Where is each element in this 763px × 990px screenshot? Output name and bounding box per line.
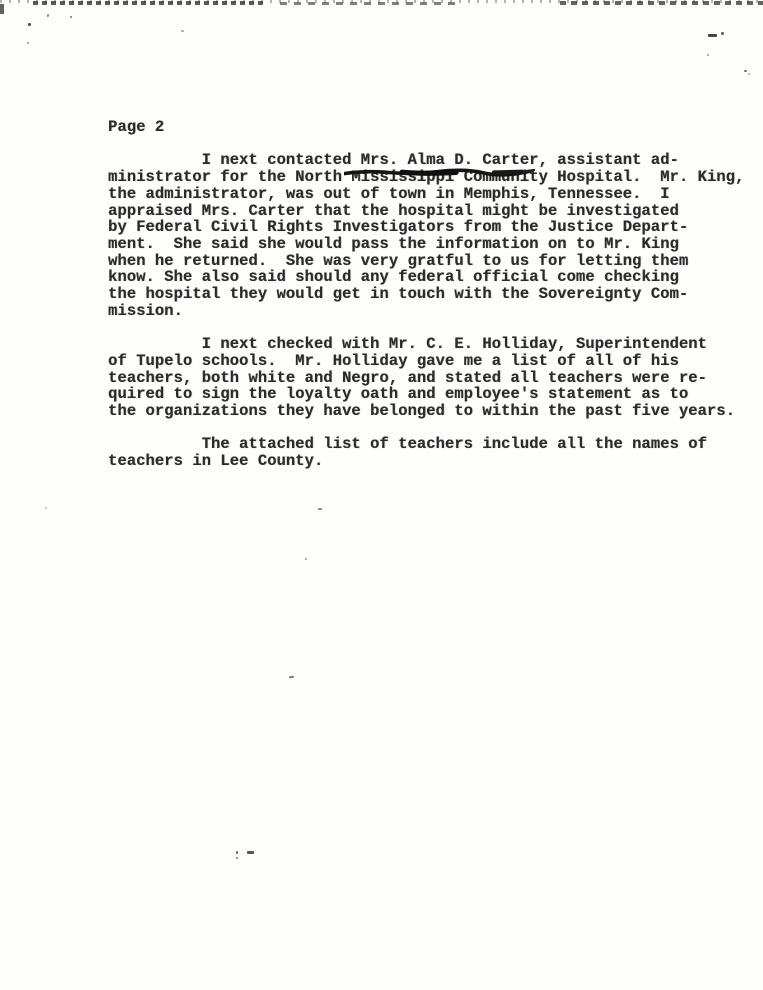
paragraph-3: The attached list of teachers include al…	[108, 436, 744, 469]
scan-speck	[305, 558, 307, 560]
scan-speck	[47, 14, 50, 18]
scan-edge-artifact	[0, 4, 4, 14]
scan-speck	[708, 34, 717, 37]
scan-speck	[289, 676, 294, 679]
paragraph-2: I next checked with Mr. C. E. Holliday, …	[108, 336, 744, 420]
scan-speck	[748, 73, 750, 75]
scan-edge-artifact	[560, 1, 763, 5]
scan-speck	[27, 42, 29, 44]
page-number-label: Page 2	[108, 119, 744, 136]
scan-edge-artifact	[280, 2, 460, 5]
scan-speck	[707, 54, 709, 56]
scan-speck	[721, 32, 724, 35]
scan-speck	[70, 16, 72, 18]
scan-speck	[28, 23, 31, 26]
scanned-document-page: Page 2 I next contacted Mrs. Alma D. Car…	[0, 0, 763, 990]
scan-speck	[744, 70, 747, 72]
scan-speck	[318, 508, 322, 510]
scan-speck	[247, 851, 254, 854]
scan-edge-artifact	[33, 1, 263, 5]
typed-text-block: Page 2 I next contacted Mrs. Alma D. Car…	[108, 119, 744, 486]
scan-speck	[236, 851, 238, 854]
paragraph-1: I next contacted Mrs. Alma D. Carter, as…	[108, 152, 744, 319]
scan-speck	[236, 857, 238, 859]
scan-speck	[181, 30, 184, 32]
scan-speck	[45, 507, 47, 509]
